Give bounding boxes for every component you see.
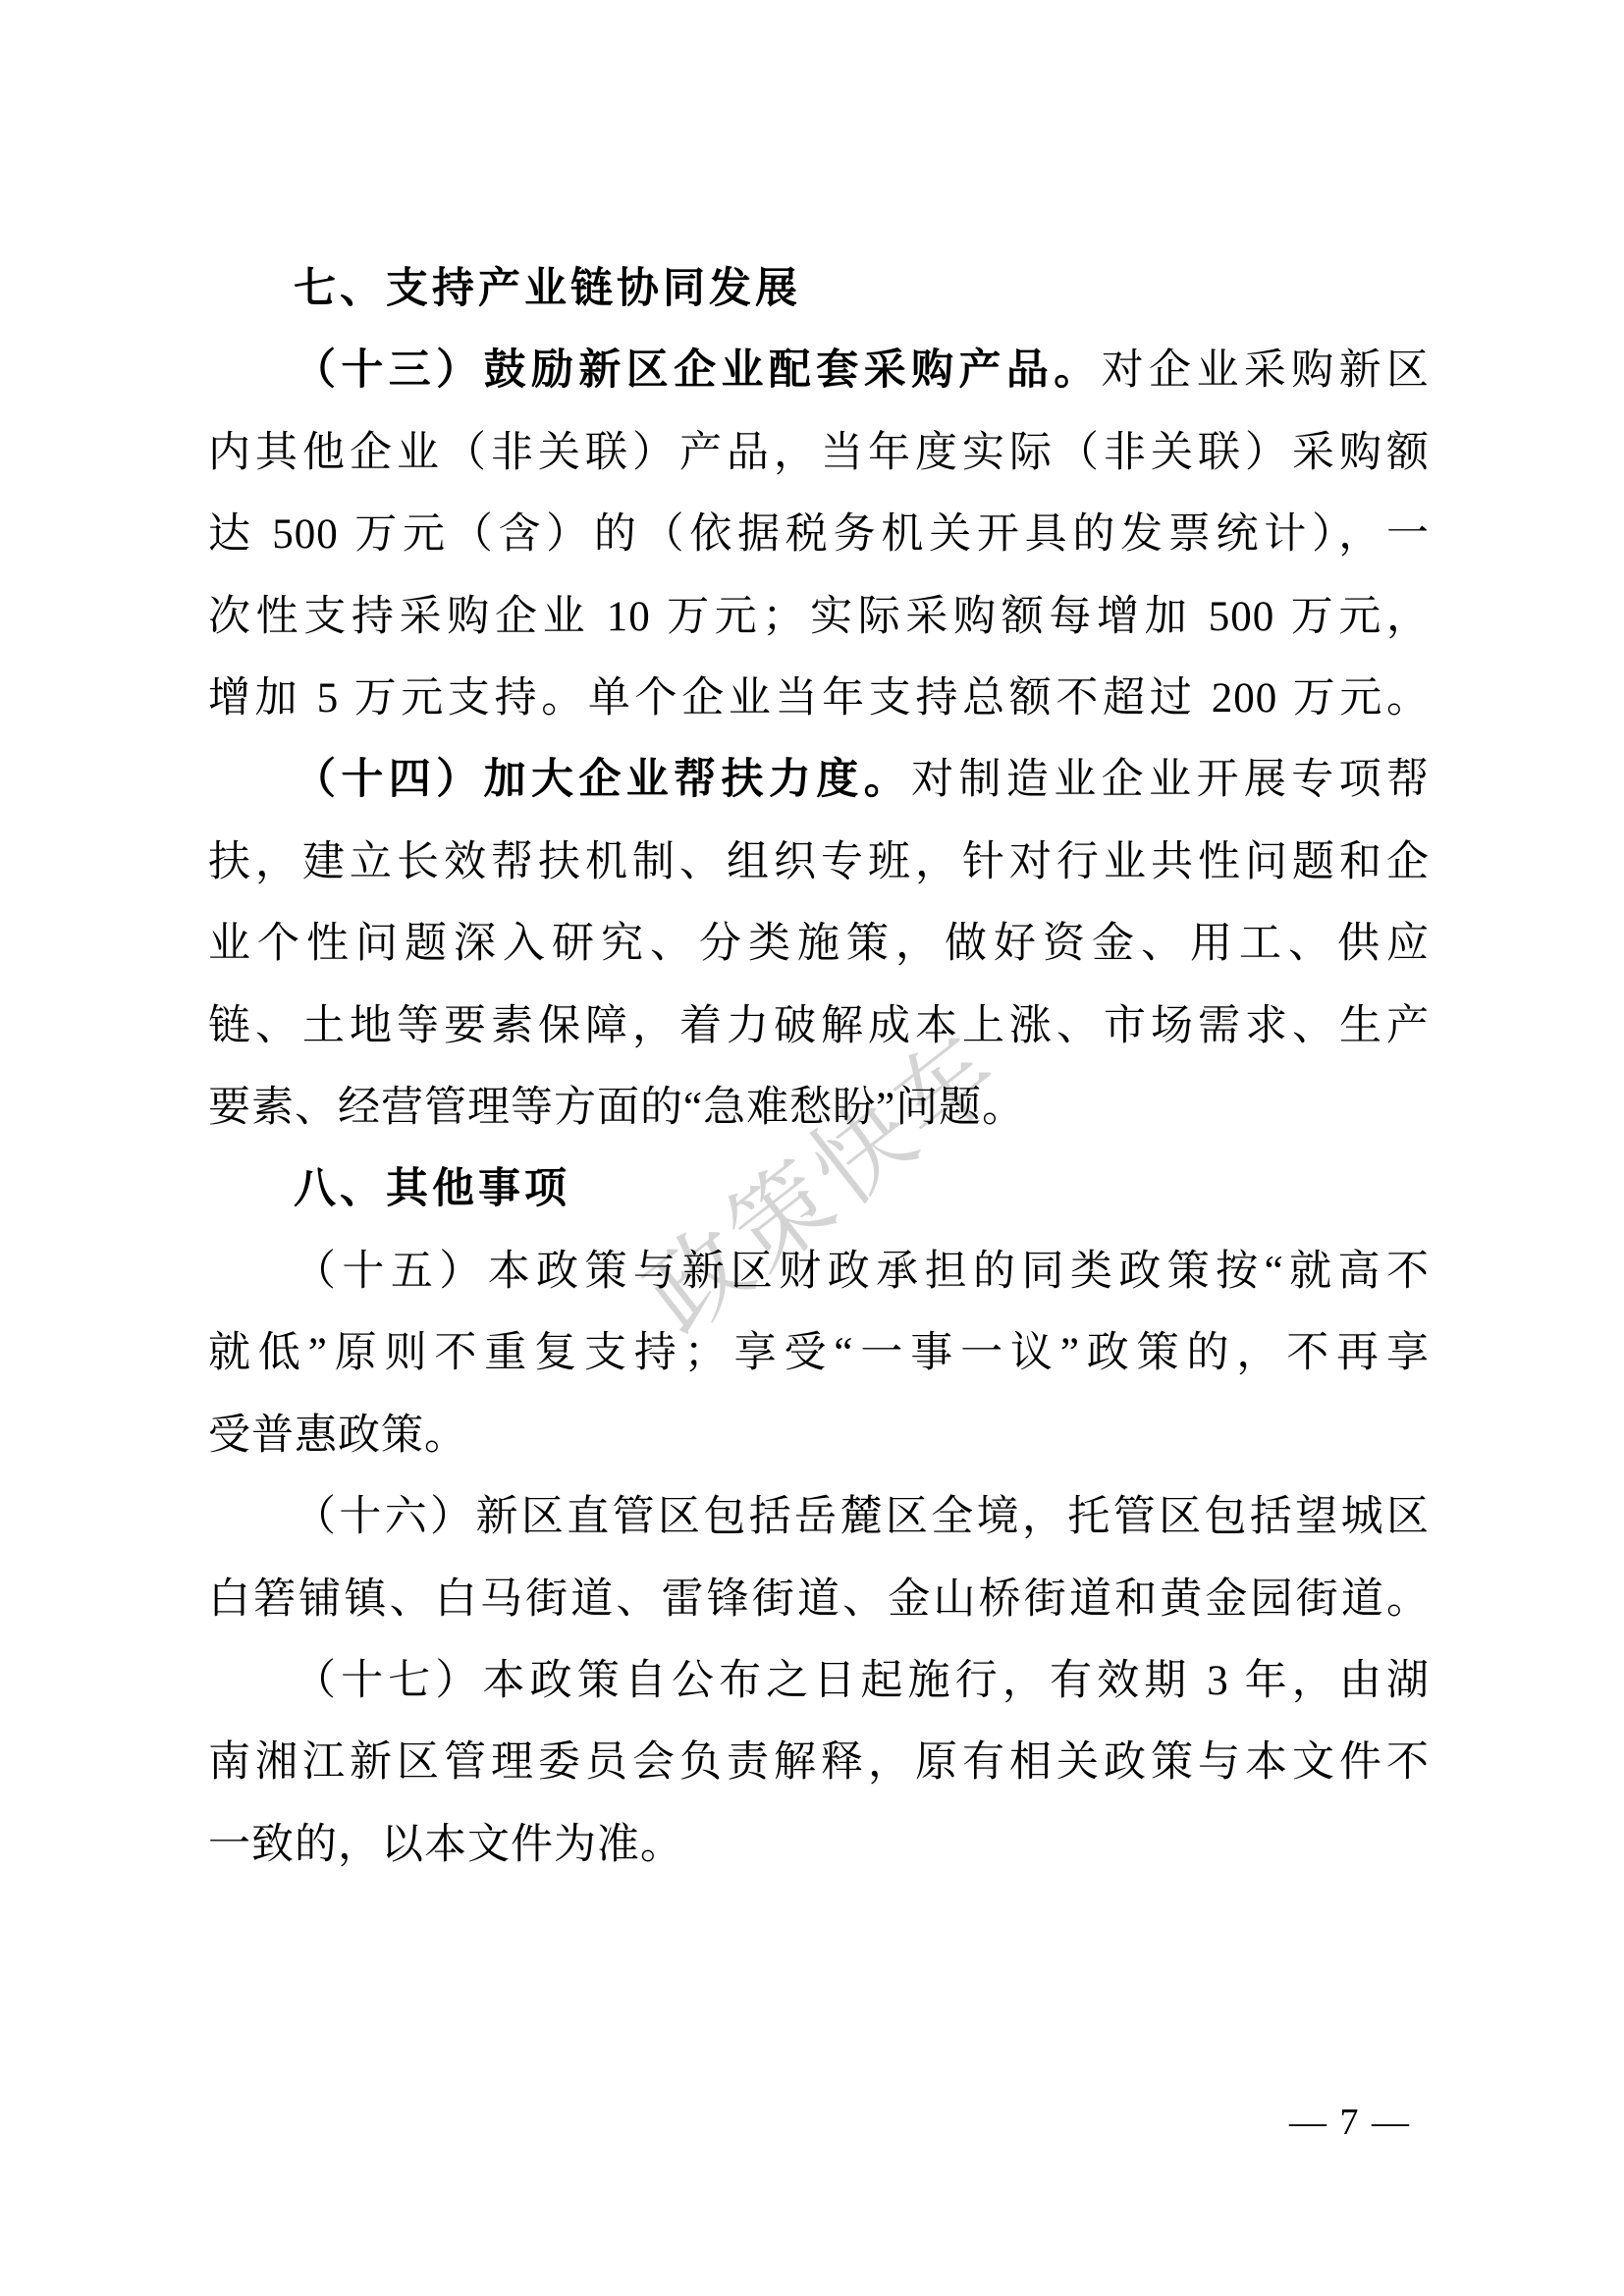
item-13-line1-rest: 对企业采购新区 (1102, 347, 1430, 394)
paragraph-item-14: （十四）加大企业帮扶力度。对制造业企业开展专项帮 扶，建立长效帮扶机制、组织专班… (208, 739, 1430, 1148)
paragraph-item-16: （十六）新区直管区包括岳麓区全境，托管区包括望城区 白箬铺镇、白马街道、雷锋街道… (208, 1476, 1430, 1640)
paragraph-line: 受普惠政策。 (208, 1395, 1430, 1476)
paragraph-item-13: （十三）鼓励新区企业配套采购产品。对企业采购新区 内其他企业（非关联）产品，当年… (208, 330, 1430, 739)
section-8-heading: 八、其他事项 (208, 1148, 1430, 1230)
paragraph-line: 要素、经营管理等方面的“急难愁盼”问题。 (208, 1067, 1430, 1148)
paragraph-line: 内其他企业（非关联）产品，当年度实际（非关联）采购额 (208, 412, 1430, 494)
paragraph-line: （十七）本政策自公布之日起施行，有效期 3 年，由湖 (208, 1640, 1430, 1722)
paragraph-line: 就低”原则不重复支持；享受“一事一议”政策的，不再享 (208, 1312, 1430, 1394)
paragraph-line: 增加 5 万元支持。单个企业当年支持总额不超过 200 万元。 (208, 658, 1430, 739)
paragraph-line: 南湘江新区管理委员会负责解释，原有相关政策与本文件不 (208, 1722, 1430, 1803)
paragraph-line: 一致的，以本文件为准。 (208, 1804, 1430, 1886)
paragraph-line: 达 500 万元（含）的（依据税务机关开具的发票统计），一 (208, 494, 1430, 575)
paragraph-line: 扶，建立长效帮扶机制、组织专班，针对行业共性问题和企 (208, 822, 1430, 903)
paragraph-line: 链、土地等要素保障，着力破解成本上涨、市场需求、生产 (208, 986, 1430, 1067)
item-14-line1-rest: 对制造业企业开展专项帮 (911, 757, 1430, 803)
paragraph-item-17: （十七）本政策自公布之日起施行，有效期 3 年，由湖 南湘江新区管理委员会负责解… (208, 1640, 1430, 1886)
paragraph-item-15: （十五）本政策与新区财政承担的同类政策按“就高不 就低”原则不重复支持；享受“一… (208, 1231, 1430, 1476)
paragraph-line: 白箬铺镇、白马街道、雷锋街道、金山桥街道和黄金园街道。 (208, 1559, 1430, 1640)
paragraph-line: （十六）新区直管区包括岳麓区全境，托管区包括望城区 (208, 1476, 1430, 1558)
paragraph-line: （十五）本政策与新区财政承担的同类政策按“就高不 (208, 1231, 1430, 1312)
document-page: { "colors": { "background": "#ffffff", "… (0, 0, 1624, 2296)
paragraph-line: 次性支持采购企业 10 万元；实际采购额每增加 500 万元， (208, 576, 1430, 658)
page-number: — 7 — (1289, 2101, 1411, 2144)
section-7-heading: 七、支持产业链协同发展 (208, 248, 1430, 330)
item-14-bold-lead: （十四）加大企业帮扶力度。 (294, 757, 911, 803)
paragraph-line: （十四）加大企业帮扶力度。对制造业企业开展专项帮 (208, 739, 1430, 821)
paragraph-line: 业个性问题深入研究、分类施策，做好资金、用工、供应 (208, 903, 1430, 985)
document-content: 七、支持产业链协同发展 （十三）鼓励新区企业配套采购产品。对企业采购新区 内其他… (208, 248, 1430, 1886)
item-13-bold-lead: （十三）鼓励新区企业配套采购产品。 (294, 347, 1102, 394)
paragraph-line: （十三）鼓励新区企业配套采购产品。对企业采购新区 (208, 330, 1430, 411)
